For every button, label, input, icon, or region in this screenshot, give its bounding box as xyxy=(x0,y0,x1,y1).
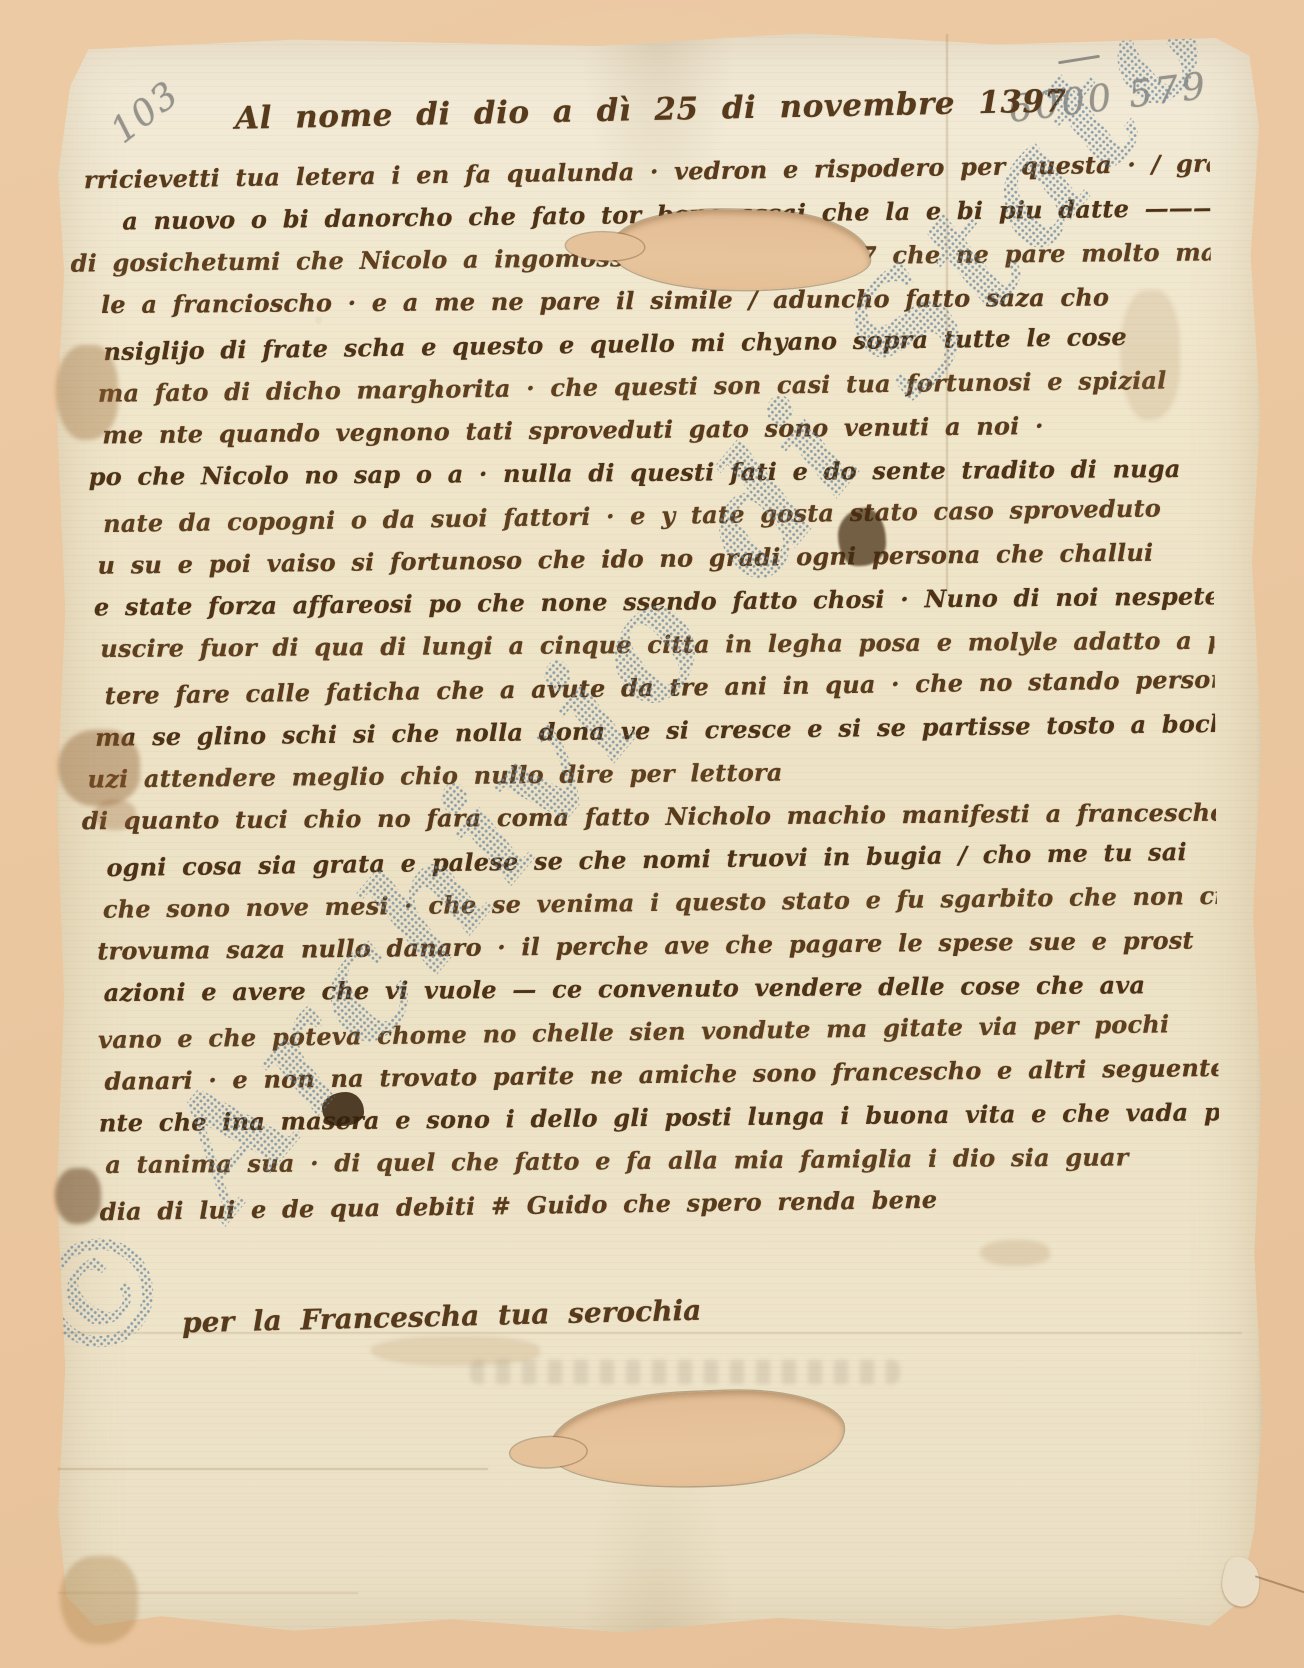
scan-background: 103 6000 579 Al nome di dio a dì 25 di n… xyxy=(0,0,1304,1668)
edge-stain xyxy=(60,1556,138,1644)
ink-blot xyxy=(322,1092,364,1126)
edge-stain xyxy=(55,1168,101,1224)
faint-stain xyxy=(1120,290,1180,420)
horizontal-fold-crease-lower xyxy=(58,1468,488,1470)
faint-stain xyxy=(980,1240,1050,1266)
manuscript-lines: rricievetti tua letera i en fa qualunda … xyxy=(70,145,1221,1286)
edge-stain xyxy=(58,730,140,806)
edge-stain xyxy=(56,345,118,440)
verso-bleedthrough xyxy=(470,1360,900,1384)
water-stain xyxy=(370,1336,540,1366)
paper-tear-hairline xyxy=(1255,1575,1304,1594)
edge-stain xyxy=(94,800,136,830)
ink-blot xyxy=(838,508,886,566)
